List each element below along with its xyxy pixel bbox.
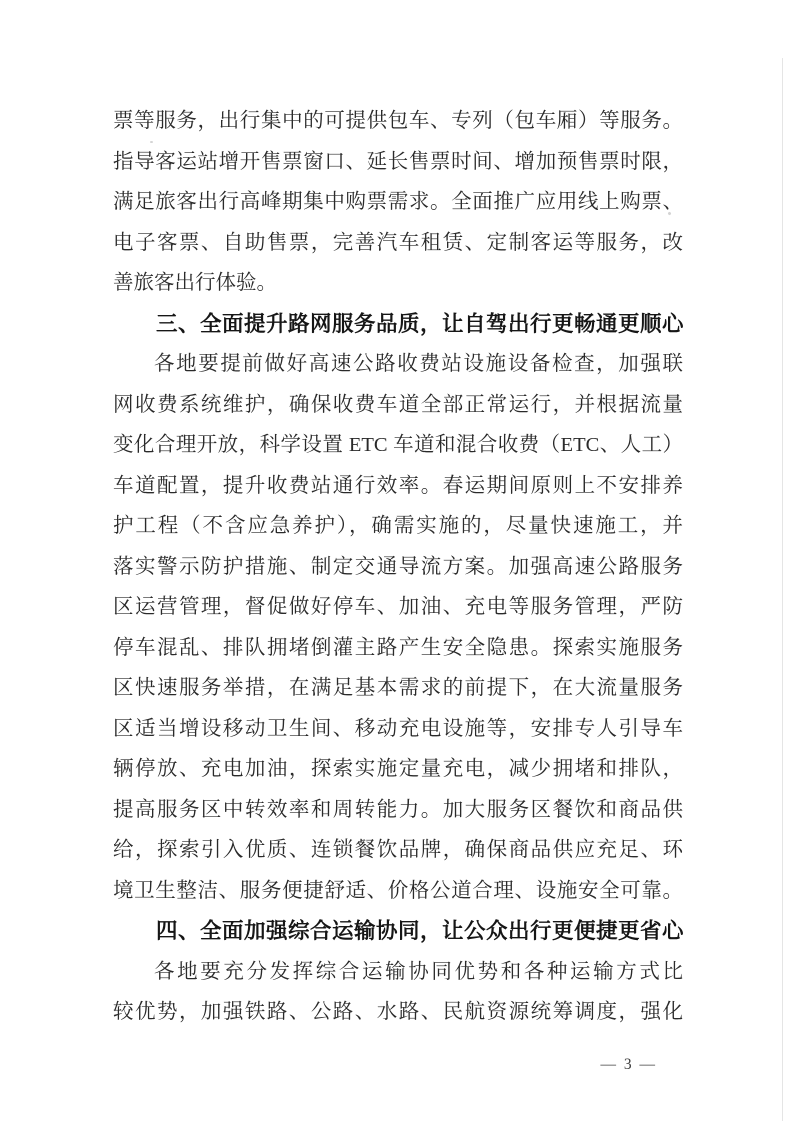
text-line: 境卫生整洁、服务便捷舒适、价格公道合理、设施安全可靠。 xyxy=(113,871,683,912)
text-line: 区适当增设移动卫生间、移动充电设施等，安排专人引导车 xyxy=(113,709,683,750)
document-page: 票等服务，出行集中的可提供包车、专列（包车厢）等服务。指导客运站增开售票窗口、延… xyxy=(0,0,793,1121)
text-line: 区快速服务举措，在满足基本需求的前提下，在大流量服务 xyxy=(113,668,683,709)
text-line: 满足旅客出行高峰期集中购票需求。全面推广应用线上购票、 xyxy=(113,182,683,223)
text-line: 给，探索引入优质、连锁餐饮品牌，确保商品供应充足、环 xyxy=(113,830,683,871)
text-line: 停车混乱、排队拥堵倒灌主路产生安全隐患。探索实施服务 xyxy=(113,628,683,669)
text-line: 变化合理开放，科学设置 ETC 车道和混合收费（ETC、人工） xyxy=(113,425,683,466)
text-line: 网收费系统维护，确保收费车道全部正常运行，并根据流量 xyxy=(113,385,683,426)
text-line: 护工程（不含应急养护），确需实施的，尽量快速施工，并 xyxy=(113,506,683,547)
scan-artifact-line xyxy=(782,58,783,1121)
page-number: — 3 — xyxy=(601,1056,658,1074)
text-line: 辆停放、充电加油，探索实施定量充电，减少拥堵和排队， xyxy=(113,749,683,790)
text-line: 车道配置，提升收费站通行效率。春运期间原则上不安排养 xyxy=(113,466,683,507)
section-heading: 四、全面加强综合运输协同，让公众出行更便捷更省心 xyxy=(113,911,683,952)
text-line: 票等服务，出行集中的可提供包车、专列（包车厢）等服务。 xyxy=(113,101,683,142)
text-line: 指导客运站增开售票窗口、延长售票时间、增加预售票时限， xyxy=(113,142,683,183)
scan-speck xyxy=(150,141,153,143)
text-line: 较优势，加强铁路、公路、水路、民航资源统筹调度，强化 xyxy=(113,992,683,1033)
text-line: 各地要提前做好高速公路收费站设施设备检查，加强联 xyxy=(113,344,683,385)
text-line: 电子客票、自助售票，完善汽车租赁、定制客运等服务，改 xyxy=(113,223,683,264)
text-line: 善旅客出行体验。 xyxy=(113,263,683,304)
text-line: 区运营管理，督促做好停车、加油、充电等服务管理，严防 xyxy=(113,587,683,628)
text-line: 提高服务区中转效率和周转能力。加大服务区餐饮和商品供 xyxy=(113,790,683,831)
text-line: 落实警示防护措施、制定交通导流方案。加强高速公路服务 xyxy=(113,547,683,588)
section-heading: 三、全面提升路网服务品质，让自驾出行更畅通更顺心 xyxy=(113,304,683,345)
text-line: 各地要充分发挥综合运输协同优势和各种运输方式比 xyxy=(113,952,683,993)
document-body: 票等服务，出行集中的可提供包车、专列（包车厢）等服务。指导客运站增开售票窗口、延… xyxy=(113,101,683,1033)
